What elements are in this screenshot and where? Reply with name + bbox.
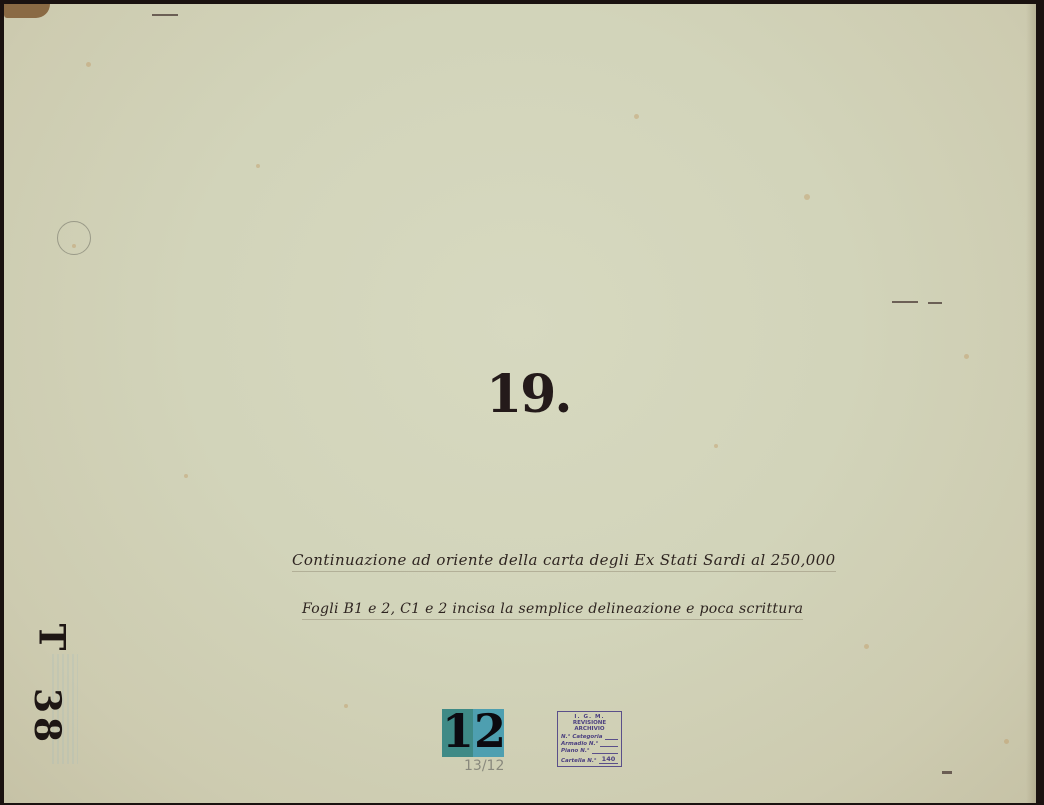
ink-mark xyxy=(928,302,942,304)
stamp-field-piano: Piano N.° xyxy=(561,748,618,754)
foxing-spot xyxy=(714,444,718,448)
stamp-field-cartella: Cartella N.° 140 xyxy=(561,755,618,764)
foxing-spot xyxy=(634,114,639,119)
title-handwriting: Continuazione ad oriente della carta deg… xyxy=(292,551,836,572)
ink-mark xyxy=(152,14,178,16)
foxing-spot xyxy=(964,354,969,359)
foxing-spot xyxy=(184,474,188,478)
side-label-number: 38 xyxy=(26,688,68,746)
punch-hole-mark xyxy=(57,221,91,255)
torn-corner xyxy=(4,4,50,18)
side-catalog-label: T 38 xyxy=(24,616,84,766)
pencil-annotation: 13/12 xyxy=(464,761,504,772)
foxing-spot xyxy=(344,704,348,708)
stamp-title: REVISIONE ARCHIVIO xyxy=(561,720,618,732)
ink-mark xyxy=(942,771,952,774)
foxing-spot xyxy=(804,194,810,200)
sticker-number: 12 xyxy=(442,709,504,757)
archival-map-cover-sheet: 19. Continuazione ad oriente della carta… xyxy=(4,4,1036,803)
foxing-spot xyxy=(256,164,260,168)
stamp-field-armadio: Armadio N.° xyxy=(561,741,618,747)
foxing-spot xyxy=(1004,739,1009,744)
foxing-spot xyxy=(86,62,91,67)
subtitle-handwriting: Fogli B1 e 2, C1 e 2 incisa la semplice … xyxy=(302,601,803,620)
paper-edge xyxy=(1026,4,1036,803)
foxing-spot xyxy=(864,644,869,649)
side-label-letter: T xyxy=(30,624,72,651)
ink-mark xyxy=(892,301,918,303)
archive-revision-stamp: I. G. M. REVISIONE ARCHIVIO N.° Categori… xyxy=(557,711,622,767)
sheet-number: 19. xyxy=(486,364,570,425)
stamp-field-categoria: N.° Categoria xyxy=(561,734,618,740)
number-sticker: 12 xyxy=(442,709,504,757)
